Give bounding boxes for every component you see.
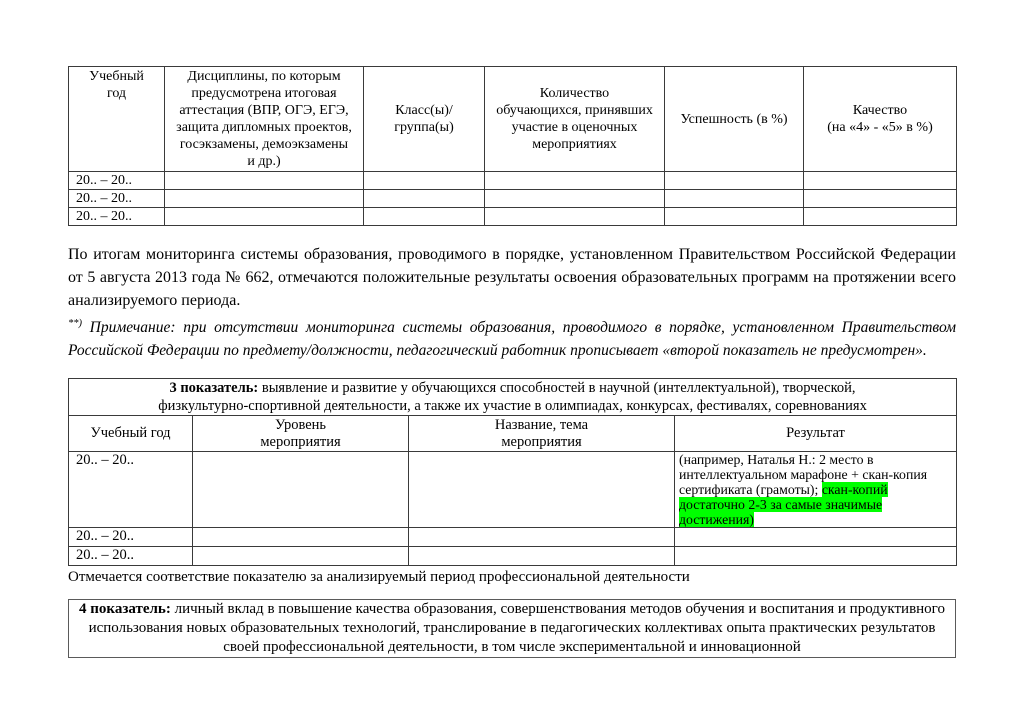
empty-cell [485, 190, 665, 208]
result-cell: (например, Наталья Н.: 2 место в интелле… [675, 452, 957, 528]
table1-header-quality: Качество (на «4» - «5» в %) [804, 67, 957, 172]
empty-cell [675, 528, 957, 547]
empty-cell [804, 208, 957, 226]
monitoring-paragraph: По итогам мониторинга системы образовани… [68, 243, 956, 312]
table-row: 20.. – 20.. [69, 528, 957, 547]
table2-header-name: Название, тема мероприятия [409, 416, 675, 452]
empty-cell [409, 547, 675, 566]
table2-header-year: Учебный год [69, 416, 193, 452]
table1-header-success: Успешность (в %) [665, 67, 804, 172]
table1-header-year: Учебный год [69, 67, 165, 172]
table-row: 20.. – 20.. [69, 208, 957, 226]
table-row: 20.. – 20.. (например, Наталья Н.: 2 мес… [69, 452, 957, 528]
indicator4-text: личный вклад в повышение качества образо… [89, 601, 945, 655]
empty-cell [665, 208, 804, 226]
compliance-paragraph: Отмечается соответствие показателю за ан… [68, 568, 690, 586]
empty-cell [165, 208, 364, 226]
empty-cell [675, 547, 957, 566]
table-row: 20.. – 20.. [69, 547, 957, 566]
table1-header-disciplines: Дисциплины, по которым предусмотрена ито… [165, 67, 364, 172]
table-row: 20.. – 20.. [69, 172, 957, 190]
empty-cell [364, 172, 485, 190]
empty-cell [485, 172, 665, 190]
year-cell: 20.. – 20.. [69, 547, 193, 566]
empty-cell [665, 190, 804, 208]
empty-cell [165, 172, 364, 190]
indicator3-title: 3 показатель: выявление и развитие у обу… [69, 379, 957, 416]
indicator3-title-row: 3 показатель: выявление и развитие у обу… [69, 379, 957, 416]
indicator3-title-text: выявление и развитие у обучающихся спосо… [158, 380, 867, 414]
year-cell: 20.. – 20.. [69, 172, 165, 190]
indicator4-title-bold: 4 показатель: [79, 601, 171, 617]
table1-header-participants: Количество обучающихся, принявших участи… [485, 67, 665, 172]
empty-cell [804, 172, 957, 190]
empty-cell [409, 528, 675, 547]
empty-cell [364, 190, 485, 208]
empty-cell [193, 547, 409, 566]
table1-header-row: Учебный год Дисциплины, по которым преду… [69, 67, 957, 172]
indicator3-table: 3 показатель: выявление и развитие у обу… [68, 378, 957, 566]
table-row: 20.. – 20.. [69, 190, 957, 208]
year-cell: 20.. – 20.. [69, 208, 165, 226]
table2-header-row: Учебный год Уровень мероприятия Название… [69, 416, 957, 452]
empty-cell [165, 190, 364, 208]
year-cell: 20.. – 20.. [69, 190, 165, 208]
assessment-results-table: Учебный год Дисциплины, по которым преду… [68, 66, 957, 226]
footnote-text: Примечание: при отсутствии мониторинга с… [68, 319, 956, 359]
empty-cell [409, 452, 675, 528]
footnote-marker: **) [68, 318, 82, 329]
empty-cell [193, 528, 409, 547]
empty-cell [364, 208, 485, 226]
empty-cell [804, 190, 957, 208]
indicator3-title-bold: 3 показатель: [169, 380, 258, 396]
year-cell: 20.. – 20.. [69, 452, 193, 528]
footnote: **) Примечание: при отсутствии мониторин… [68, 313, 956, 362]
result-example-text: (например, Наталья Н.: 2 место в интелле… [679, 452, 927, 497]
table2-header-result: Результат [675, 416, 957, 452]
empty-cell [665, 172, 804, 190]
year-cell: 20.. – 20.. [69, 528, 193, 547]
empty-cell [193, 452, 409, 528]
empty-cell [485, 208, 665, 226]
table2-header-level: Уровень мероприятия [193, 416, 409, 452]
table1-header-class: Класс(ы)/ группа(ы) [364, 67, 485, 172]
indicator4-box: 4 показатель: личный вклад в повышение к… [68, 599, 956, 658]
